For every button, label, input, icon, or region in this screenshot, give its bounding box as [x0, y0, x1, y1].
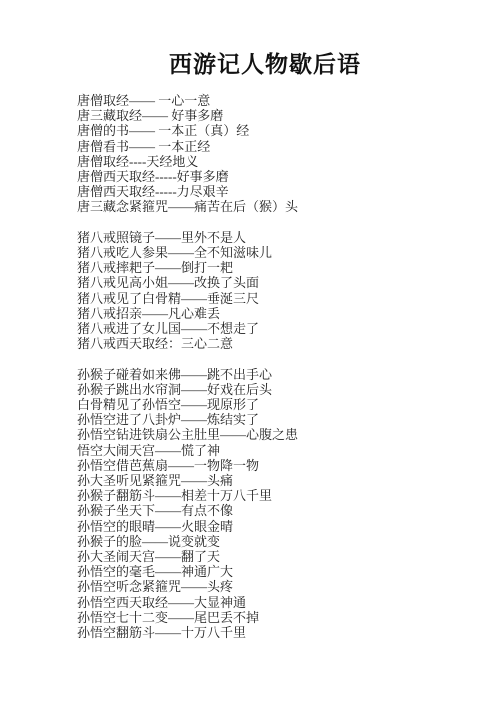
saying-line: 孙猴子碰着如来佛——跳不出手心: [77, 367, 470, 382]
saying-line: 孙悟空翻筋斗——十万八千里: [77, 625, 470, 640]
saying-line: 唐僧西天取经-----力尽艰辛: [77, 184, 470, 199]
saying-line: 孙悟空钻进铁扇公主肚里——心腹之患: [77, 427, 470, 442]
saying-line: 悟空大闹天宫——慌了神: [77, 443, 470, 458]
saying-line: 猪八戒摔耙子——倒打一耙: [77, 260, 470, 275]
saying-line: 孙悟空进了八卦炉——炼结实了: [77, 412, 470, 427]
saying-line: 猪八戒见了白骨精——垂涎三尺: [77, 291, 470, 306]
section-gap: [77, 215, 470, 230]
saying-line: 孙大圣听见紧箍咒——头痛: [77, 473, 470, 488]
saying-line: 孙大圣闹天宫——翻了天: [77, 549, 470, 564]
saying-line: 孙猴子跳出水帘洞——好戏在后头: [77, 382, 470, 397]
section-gap: [77, 351, 470, 366]
page-title: 西游记人物歇后语: [0, 0, 500, 78]
saying-line: 唐僧西天取经-----好事多磨: [77, 169, 470, 184]
saying-line: 猪八戒进了女儿国——不想走了: [77, 321, 470, 336]
saying-line: 猪八戒照镜子——里外不是人: [77, 230, 470, 245]
saying-line: 唐三藏取经—— 好事多磨: [77, 108, 470, 123]
saying-line: 唐僧看书—— 一本正经: [77, 139, 470, 154]
saying-line: 猪八戒西天取经：三心二意: [77, 336, 470, 351]
saying-line: 孙猴子的脸——说变就变: [77, 534, 470, 549]
saying-line: 猪八戒见高小姐——改换了头面: [77, 275, 470, 290]
saying-line: 唐僧取经—— 一心一意: [77, 93, 470, 108]
saying-line: 唐僧取经----天经地义: [77, 154, 470, 169]
saying-line: 孙悟空听念紧箍咒——头疼: [77, 579, 470, 594]
saying-line: 孙悟空的眼晴——火眼金晴: [77, 519, 470, 534]
sayings-list: 唐僧取经—— 一心一意 唐三藏取经—— 好事多磨 唐僧的书—— 一本正（真）经 …: [77, 93, 470, 640]
document-page: 西游记人物歇后语 唐僧取经—— 一心一意 唐三藏取经—— 好事多磨 唐僧的书——…: [0, 0, 500, 708]
saying-line: 孙猴子坐天下——有点不像: [77, 503, 470, 518]
saying-line: 孙悟空借芭蕉扇——一物降一物: [77, 458, 470, 473]
saying-line: 孙猴子翻筋斗——相差十万八千里: [77, 488, 470, 503]
saying-line: 孙悟空西天取经——大显神通: [77, 595, 470, 610]
saying-line: 唐三藏念紧箍咒——痛苦在后（猴）头: [77, 199, 470, 214]
saying-line: 唐僧的书—— 一本正（真）经: [77, 123, 470, 138]
saying-line: 白骨精见了孙悟空——现原形了: [77, 397, 470, 412]
saying-line: 孙悟空的毫毛——神通广大: [77, 564, 470, 579]
saying-line: 猪八戒吃人参果——全不知滋味儿: [77, 245, 470, 260]
saying-line: 孙悟空七十二变——尾巴丢不掉: [77, 610, 470, 625]
saying-line: 猪八戒招亲——凡心难丢: [77, 306, 470, 321]
